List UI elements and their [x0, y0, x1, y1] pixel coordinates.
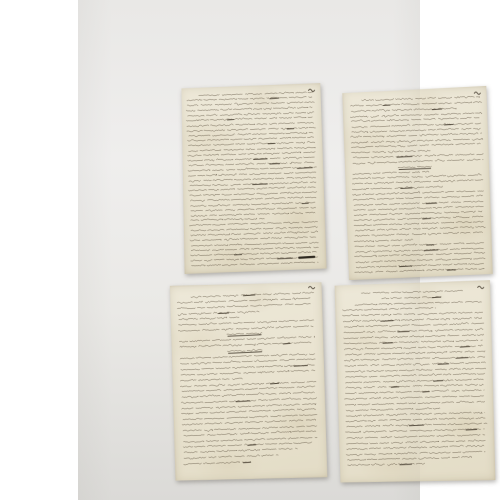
paper-sheet: [342, 86, 493, 280]
handwriting: [168, 280, 328, 482]
manuscript-page-bottom-left: [168, 280, 328, 482]
manuscript-page-top-left: [179, 83, 326, 274]
handwriting: [179, 83, 326, 274]
paper-sheet: [168, 280, 328, 482]
handwriting: [335, 280, 496, 484]
manuscript-page-bottom-right: [335, 280, 496, 484]
paper-sheet: [179, 83, 326, 274]
photo-backdrop: [78, 0, 420, 500]
photograph-canvas: [0, 0, 500, 500]
paper-sheet: [335, 280, 496, 484]
handwriting: [342, 86, 493, 280]
manuscript-page-top-right: [342, 86, 493, 280]
